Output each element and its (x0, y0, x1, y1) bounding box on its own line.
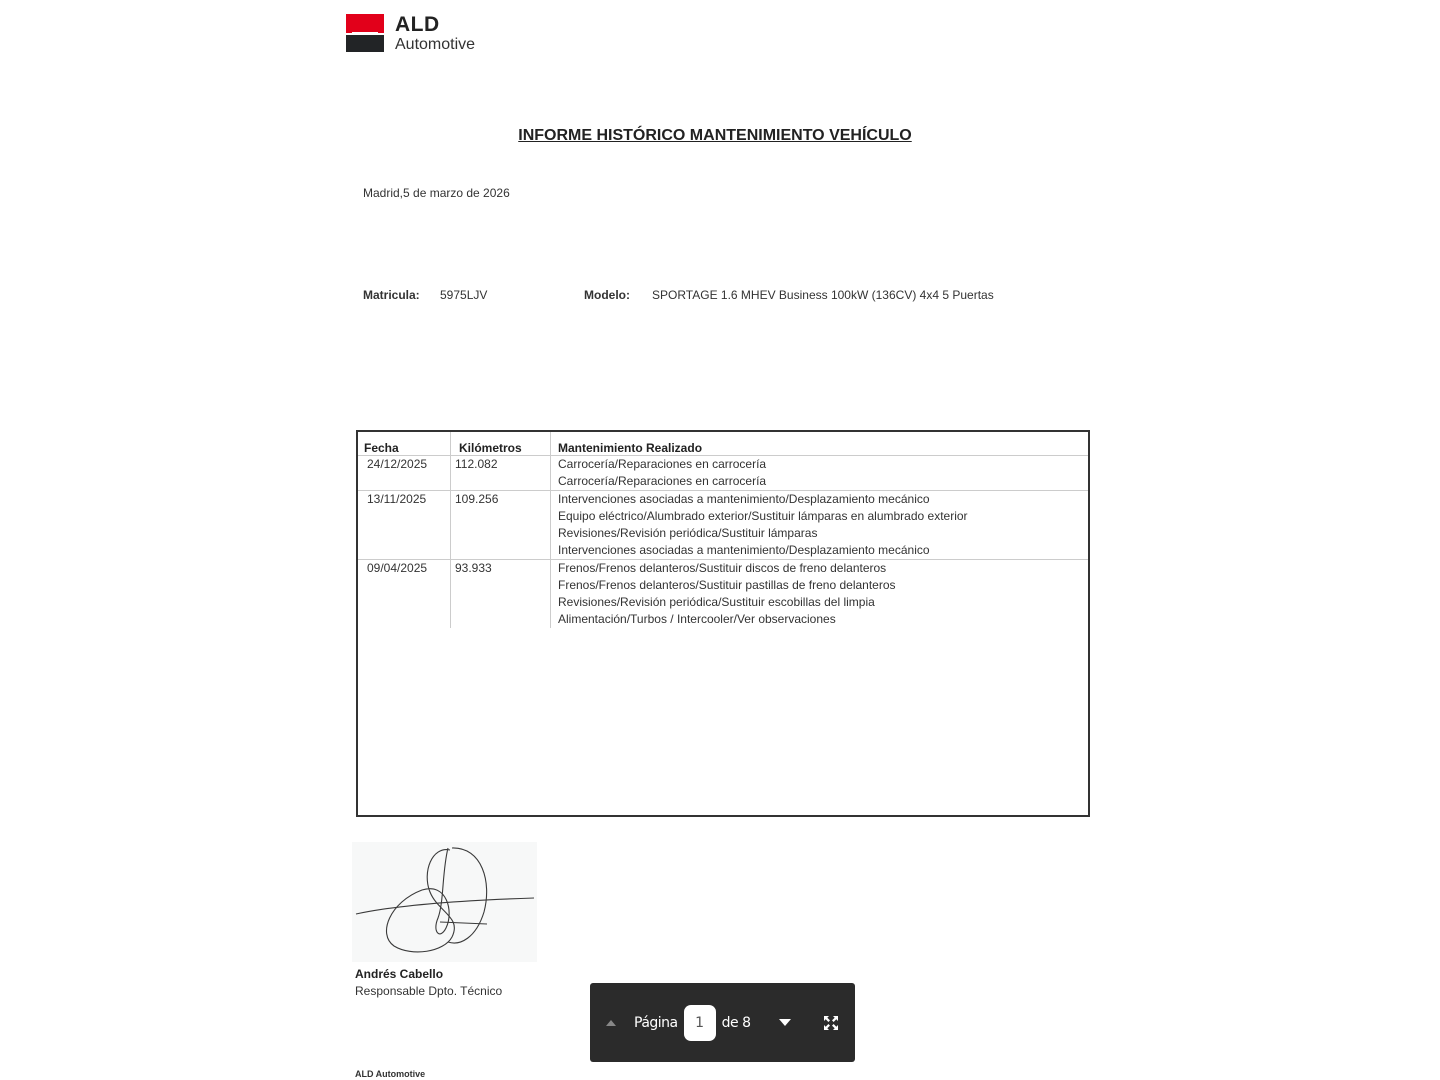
maintenance-item: Frenos/Frenos delanteros/Sustituir pasti… (558, 577, 1088, 594)
ald-logo: ALD Automotive (346, 14, 475, 53)
maintenance-item: Revisiones/Revisión periódica/Sustituir … (558, 594, 1088, 611)
triangle-down-icon[interactable] (779, 1019, 791, 1026)
maintenance-table-box: Fecha Kilómetros Mantenimiento Realizado… (356, 430, 1090, 817)
maintenance-item: Intervenciones asociadas a mantenimiento… (558, 491, 1088, 508)
plate-value: 5975LJV (440, 288, 487, 302)
row-maintenance-items: Carrocería/Reparaciones en carroceríaCar… (551, 456, 1089, 491)
row-maintenance-items: Frenos/Frenos delanteros/Sustituir disco… (551, 560, 1089, 629)
page-total: de 8 (722, 1015, 751, 1031)
document-date: Madrid,5 de marzo de 2026 (363, 186, 510, 200)
document-title: INFORME HISTÓRICO MANTENIMIENTO VEHÍCULO (0, 127, 1430, 145)
table-row: 13/11/2025109.256Intervenciones asociada… (358, 491, 1088, 560)
logo-line2: Automotive (395, 37, 475, 53)
header-maintenance: Mantenimiento Realizado (551, 432, 1089, 456)
logo-line1: ALD (395, 14, 475, 35)
page-label: Página (634, 1015, 678, 1031)
ald-logo-mark-icon (346, 14, 384, 52)
header-km: Kilómetros (451, 432, 551, 456)
row-km: 93.933 (451, 560, 551, 629)
row-maintenance-items: Intervenciones asociadas a mantenimiento… (551, 491, 1089, 560)
row-km: 112.082 (451, 456, 551, 491)
plate-label: Matricula: (363, 288, 420, 302)
maintenance-item: Carrocería/Reparaciones en carrocería (558, 456, 1088, 473)
maintenance-item: Carrocería/Reparaciones en carrocería (558, 473, 1088, 490)
row-date: 09/04/2025 (358, 560, 451, 629)
row-km: 109.256 (451, 491, 551, 560)
maintenance-item: Frenos/Frenos delanteros/Sustituir disco… (558, 560, 1088, 577)
model-value: SPORTAGE 1.6 MHEV Business 100kW (136CV)… (652, 288, 994, 302)
signature-image (352, 842, 537, 962)
table-row: 09/04/202593.933Frenos/Frenos delanteros… (358, 560, 1088, 629)
maintenance-table-body: 24/12/2025112.082Carrocería/Reparaciones… (358, 456, 1088, 629)
row-date: 13/11/2025 (358, 491, 451, 560)
maintenance-table: Fecha Kilómetros Mantenimiento Realizado… (358, 432, 1088, 628)
maintenance-item: Intervenciones asociadas a mantenimiento… (558, 542, 1088, 559)
footer-company: ALD Automotive (355, 1069, 425, 1079)
maintenance-item: Equipo eléctrico/Alumbrado exterior/Sust… (558, 508, 1088, 525)
page-number-input[interactable] (684, 1005, 716, 1041)
table-row: 24/12/2025112.082Carrocería/Reparaciones… (358, 456, 1088, 491)
signer-role: Responsable Dpto. Técnico (355, 984, 502, 998)
row-date: 24/12/2025 (358, 456, 451, 491)
expand-icon[interactable] (823, 1015, 839, 1031)
page-navigator: Página de 8 (590, 983, 855, 1062)
triangle-up-icon[interactable] (606, 1020, 616, 1026)
maintenance-item: Revisiones/Revisión periódica/Sustituir … (558, 525, 1088, 542)
model-label: Modelo: (584, 288, 630, 302)
header-date: Fecha (358, 432, 451, 456)
signer-name: Andrés Cabello (355, 967, 443, 981)
maintenance-item: Alimentación/Turbos / Intercooler/Ver ob… (558, 611, 1088, 628)
